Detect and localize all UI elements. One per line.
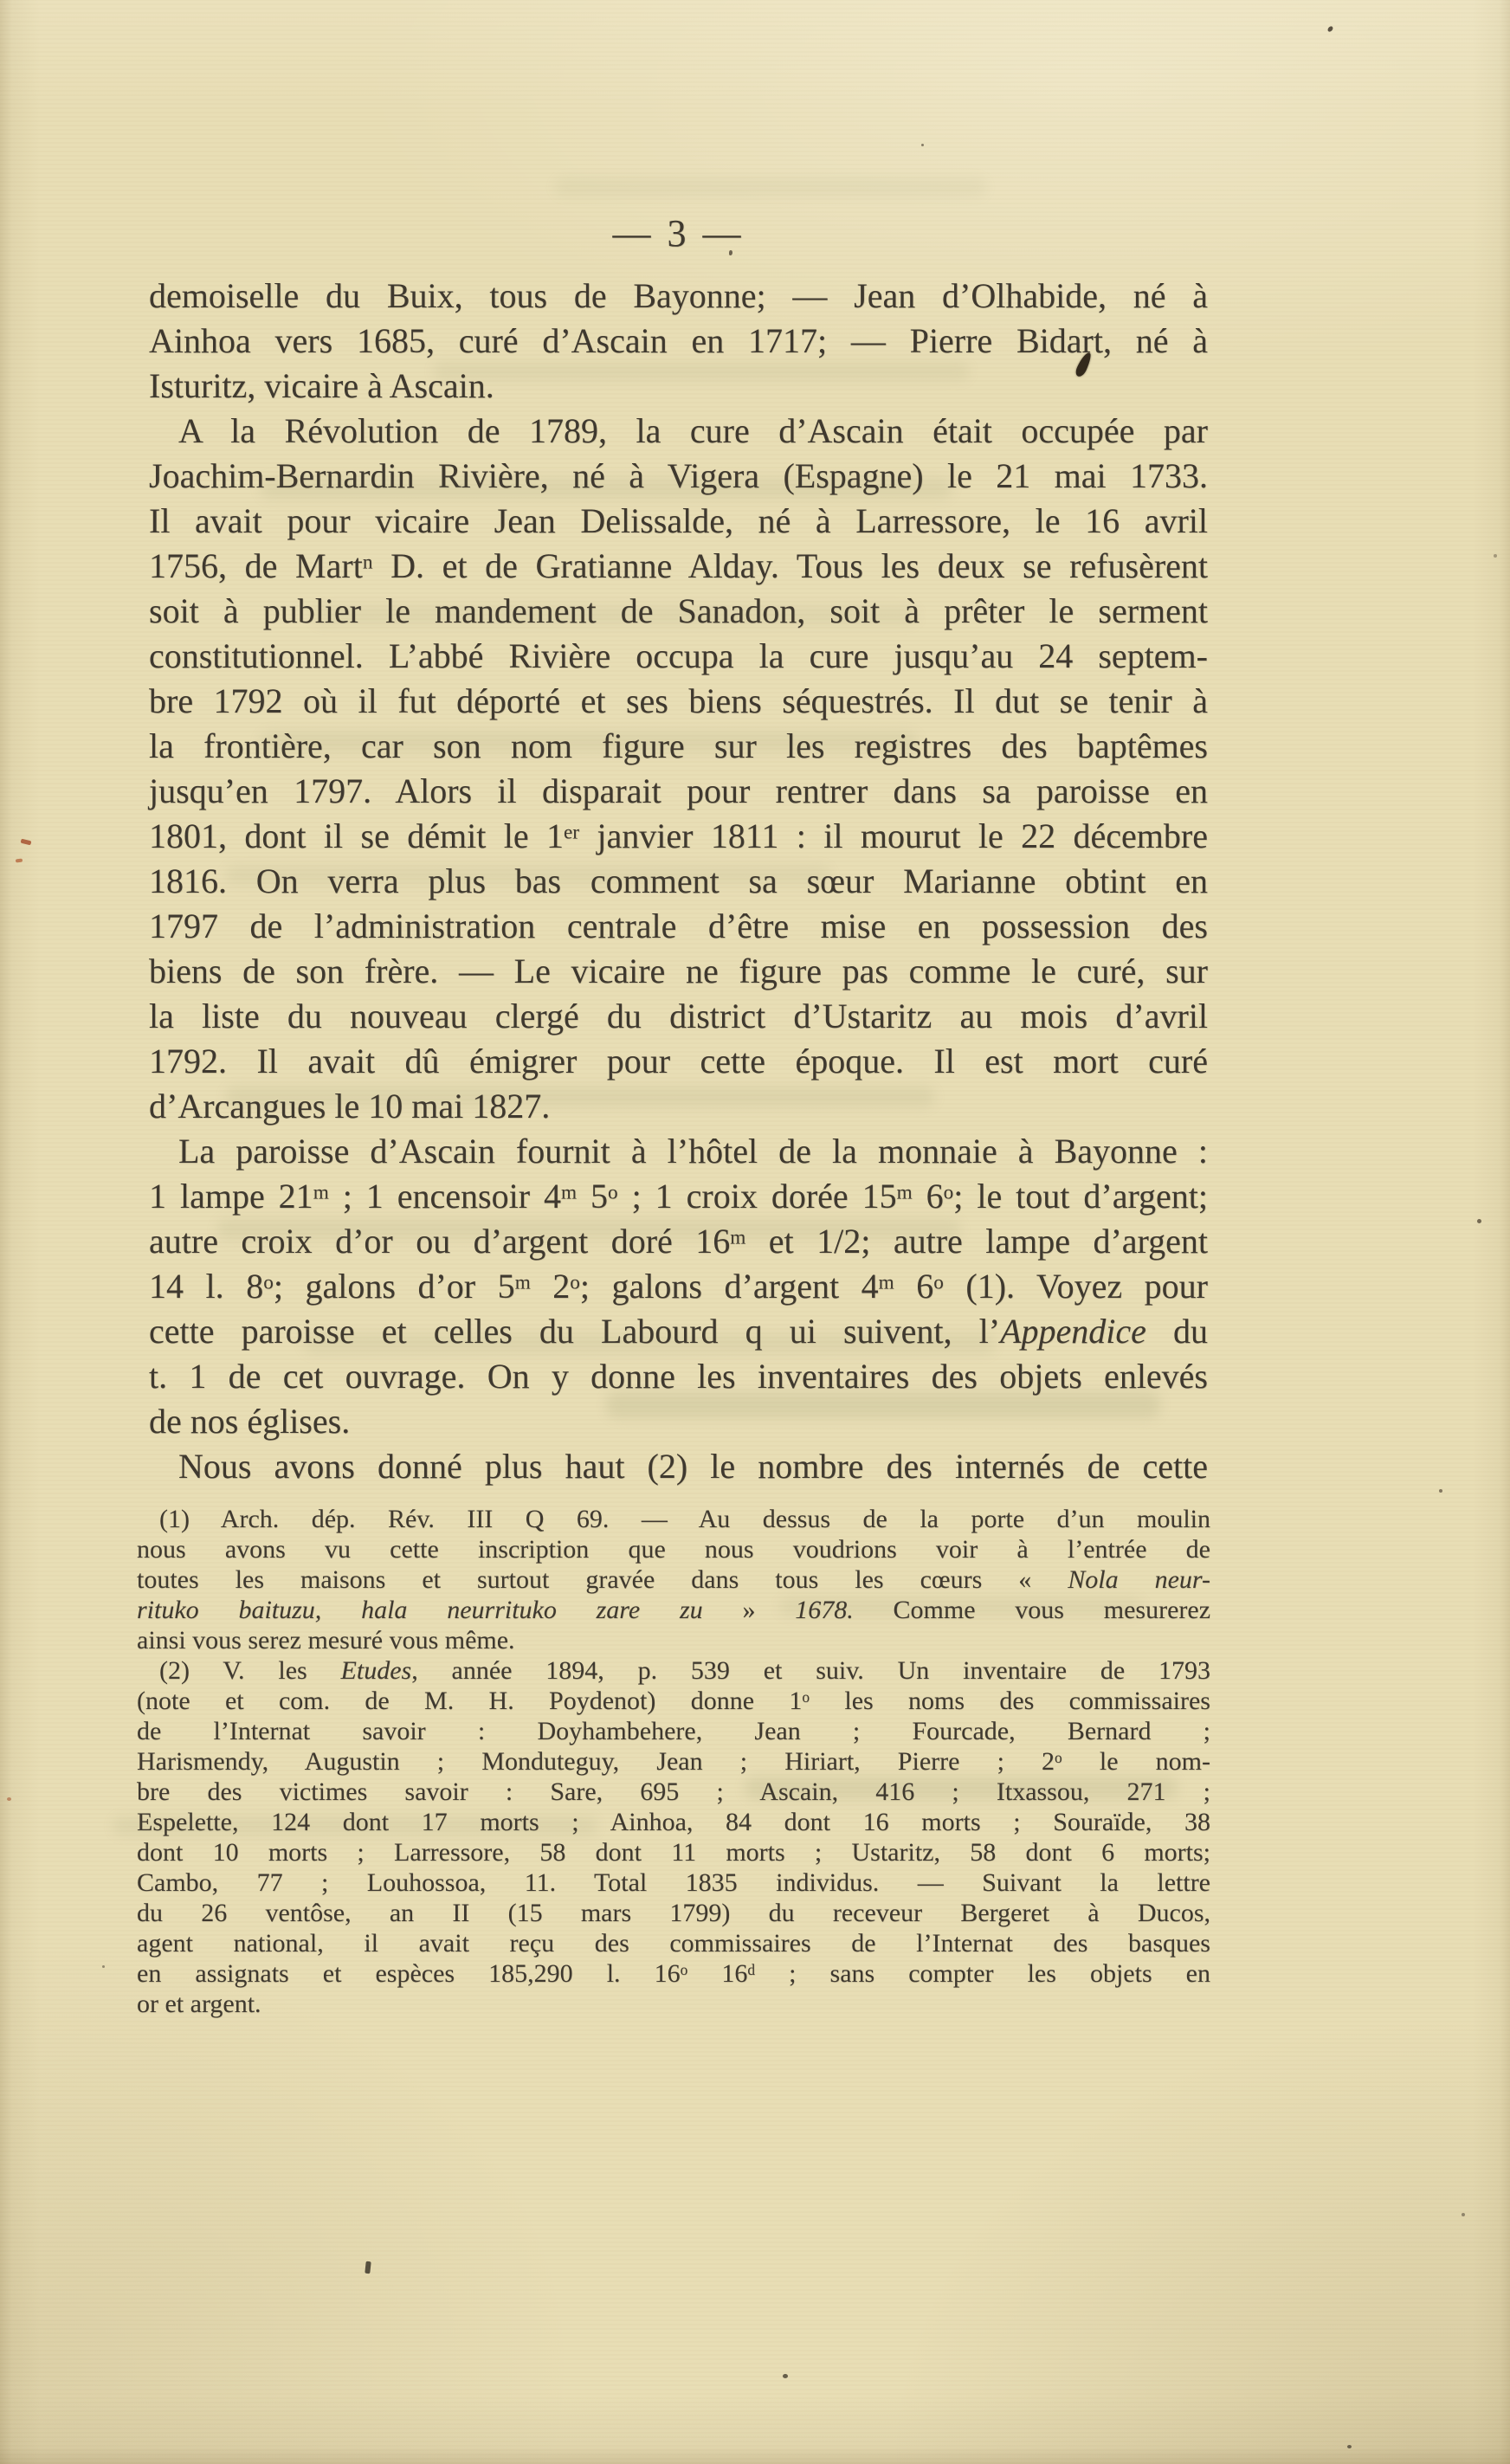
text-line: 1801, dont il se démit le 1er janvier 18… [149,814,1208,859]
text-line: (note et com. de M. H. Poydenot) donne 1… [137,1686,1210,1716]
text-line: du 26 ventôse, an II (15 mars 1799) du r… [137,1898,1210,1928]
text-line: autre croix d’or ou d’argent doré 16m et… [149,1219,1208,1264]
text-line: Ainhoa vers 1685, curé d’Ascain en 1717;… [149,319,1208,364]
text-line: t. 1 de cet ouvrage. On y donne les inve… [149,1354,1208,1399]
text-line: soit à publier le mandement de Sanadon, … [149,589,1208,634]
dust-speck [1347,2445,1352,2448]
dust-speck [1439,1489,1442,1493]
text-line: dont 10 morts ; Larressore, 58 dont 11 m… [137,1837,1210,1867]
text-line: bre 1792 où il fut déporté et ses biens … [149,679,1208,724]
text-line: Harismendy, Augustin ; Monduteguy, Jean … [137,1746,1210,1777]
text-line: en assignats et espèces 185,290 l. 16o 1… [137,1958,1210,1989]
text-line: cette paroisse et celles du Labourd q ui… [149,1309,1208,1354]
text-line: Joachim-Bernardin Rivière, né à Vigera (… [149,454,1208,499]
text-line: toutes les maisons et surtout gravée dan… [137,1564,1210,1595]
text-line: 1797 de l’administration centrale d’être… [149,904,1208,949]
text-line: la liste du nouveau clergé du district d… [149,994,1208,1039]
dust-speck [1326,25,1333,33]
text-line: Espelette, 124 dont 17 morts ; Ainhoa, 8… [137,1807,1210,1837]
text-line: jusqu’en 1797. Alors il disparait pour r… [149,769,1208,814]
text-line: 1756, de Martn D. et de Gratianne Alday.… [149,544,1208,589]
text-line: 1816. On verra plus bas comment sa sœur … [149,859,1208,904]
dust-speck [365,2261,371,2274]
text-line: constitutionnel. L’abbé Rivière occupa l… [149,634,1208,679]
dust-speck [921,144,924,146]
footnotes: (1) Arch. dép. Rév. III Q 69. — Au dessu… [137,1504,1210,2019]
text-line: rituko baituzu, hala neurrituko zare zu … [137,1595,1210,1625]
text-line: de nos églises. [149,1399,1208,1444]
text-line: nous avons vu cette inscription que nous… [137,1534,1210,1564]
text-line: agent national, il avait reçu des commis… [137,1928,1210,1958]
text-line: Il avait pour vicaire Jean Delissalde, n… [149,499,1208,544]
text-line: (1) Arch. dép. Rév. III Q 69. — Au dessu… [137,1504,1210,1534]
text-line: or et argent. [137,1989,1210,2019]
text-line: A la Révolution de 1789, la cure d’Ascai… [149,409,1208,454]
text-line: ainsi vous serez mesuré vous même. [137,1625,1210,1655]
text-line: de l’Internat savoir : Doyhambehere, Jea… [137,1716,1210,1746]
dust-speck [21,839,32,846]
text-line: bre des victimes savoir : Sare, 695 ; As… [137,1777,1210,1807]
text-line: biens de son frère. — Le vicaire ne figu… [149,949,1208,994]
dust-speck [783,2374,788,2378]
text-line: Cambo, 77 ; Louhossoa, 11. Total 1835 in… [137,1867,1210,1898]
dust-speck [7,1797,11,1801]
dust-speck [1462,2213,1465,2216]
dust-speck [102,1965,105,1968]
text-line: demoiselle du Buix, tous de Bayonne; — J… [149,274,1208,319]
page-number: — 3 — [149,211,1208,255]
text-line: la frontière, car son nom figure sur les… [149,724,1208,769]
text-line: 14 l. 8o; galons d’or 5m 2o; galons d’ar… [149,1264,1208,1309]
dust-speck [16,858,23,862]
text-line: Isturitz, vicaire à Ascain. [149,364,1208,409]
text-line: La paroisse d’Ascain fournit à l’hôtel d… [149,1129,1208,1174]
text-line: Nous avons donné plus haut (2) le nombre… [149,1444,1208,1489]
body-text: demoiselle du Buix, tous de Bayonne; — J… [149,274,1208,1489]
showthrough-smudge [554,177,987,197]
dust-speck [1494,554,1497,558]
text-line: d’Arcangues le 10 mai 1827. [149,1084,1208,1129]
text-line: 1 lampe 21m ; 1 encensoir 4m 5o ; 1 croi… [149,1174,1208,1219]
text-line: (2) V. les Etudes, année 1894, p. 539 et… [137,1655,1210,1686]
text-line: 1792. Il avait dû émigrer pour cette épo… [149,1039,1208,1084]
book-page-scan: — 3 — demoiselle du Buix, tous de Bayonn… [0,0,1510,2464]
dust-speck [1477,1219,1481,1223]
